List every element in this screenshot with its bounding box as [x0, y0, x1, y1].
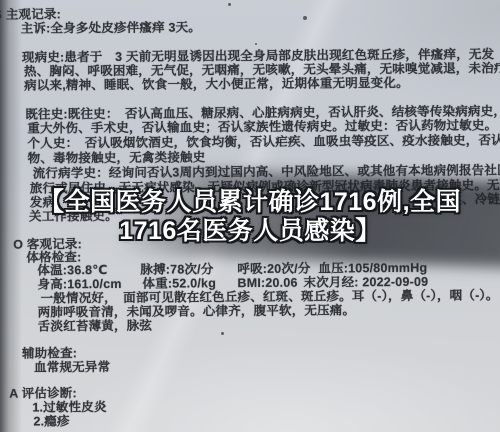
vital-weight: 体重:52.0/kg	[142, 276, 216, 291]
aux-exam-heading: 辅助检查:	[22, 346, 77, 360]
diagnosis-line-2: 2.瘾疹	[33, 414, 69, 428]
personal-history-line-2: 物、毒物接触史，无禽类接触史	[28, 150, 206, 165]
vitals-line-2: 身高:161.0/cm 体重:52.0/kg BMI:20.06 末次月经: 2…	[0, 0, 498, 2]
caption-overlay: 【全国医务人员累计确诊1716例,全国 1716名医务人员感染】	[0, 188, 500, 246]
personal-history-line-1: 个人史： 否认吸烟饮酒史，饮食均衡，否认疟疾、血吸虫等疫区、疫水接触史，否认放射	[27, 133, 500, 151]
soap-s-label: S 主观记录:	[0, 7, 61, 21]
dust-speck	[221, 332, 224, 335]
dust-speck	[228, 3, 231, 6]
vital-respiration: 呼吸:20次/分	[237, 262, 310, 277]
tongue-pulse-line: 舌淡红苔薄黄，脉弦	[38, 319, 152, 334]
caption-line-2: 1716名医务人员感染】	[0, 217, 500, 246]
vital-height: 身高:161.0/cm	[37, 277, 121, 292]
vital-bmi: BMI:20.06	[237, 276, 297, 290]
vitals-line-1: 体温:36.8℃ 脉搏:78次/分 呼吸:20次/分 血压:105/80mmHg	[0, 0, 498, 2]
medical-record-photo: S 主观记录: 主诉:全身多处皮疹伴瘙痒 3天。 现病史:患者于 3 天前无明显…	[0, 0, 500, 432]
vital-lmp: 末次月经: 2022-09-09	[303, 275, 428, 290]
dust-speck	[303, 16, 307, 20]
chief-complaint-line: 主诉:全身多处皮疹伴瘙痒 3天。	[21, 20, 201, 35]
dust-speck	[255, 43, 257, 45]
caption-line-1: 【全国医务人员累计确诊1716例,全国	[0, 188, 500, 217]
vital-pulse: 脉搏:78次/分	[140, 262, 213, 277]
soap-a-label: A 评估诊断:	[9, 386, 77, 400]
hpi-line-3: 病以来,精神、睡眠、饮食一般，大小便正常，近期体重无明显变化。	[24, 76, 409, 93]
lung-heart-exam-line: 两肺呼吸音清，未闻及啰音。心律齐，腹平软，无压痛。	[38, 303, 356, 319]
blood-routine-line: 血常规无异常	[34, 360, 110, 375]
vital-temperature: 体温:36.8℃	[37, 263, 107, 277]
diagnosis-line-1: 1.过敏性皮炎	[32, 400, 106, 415]
